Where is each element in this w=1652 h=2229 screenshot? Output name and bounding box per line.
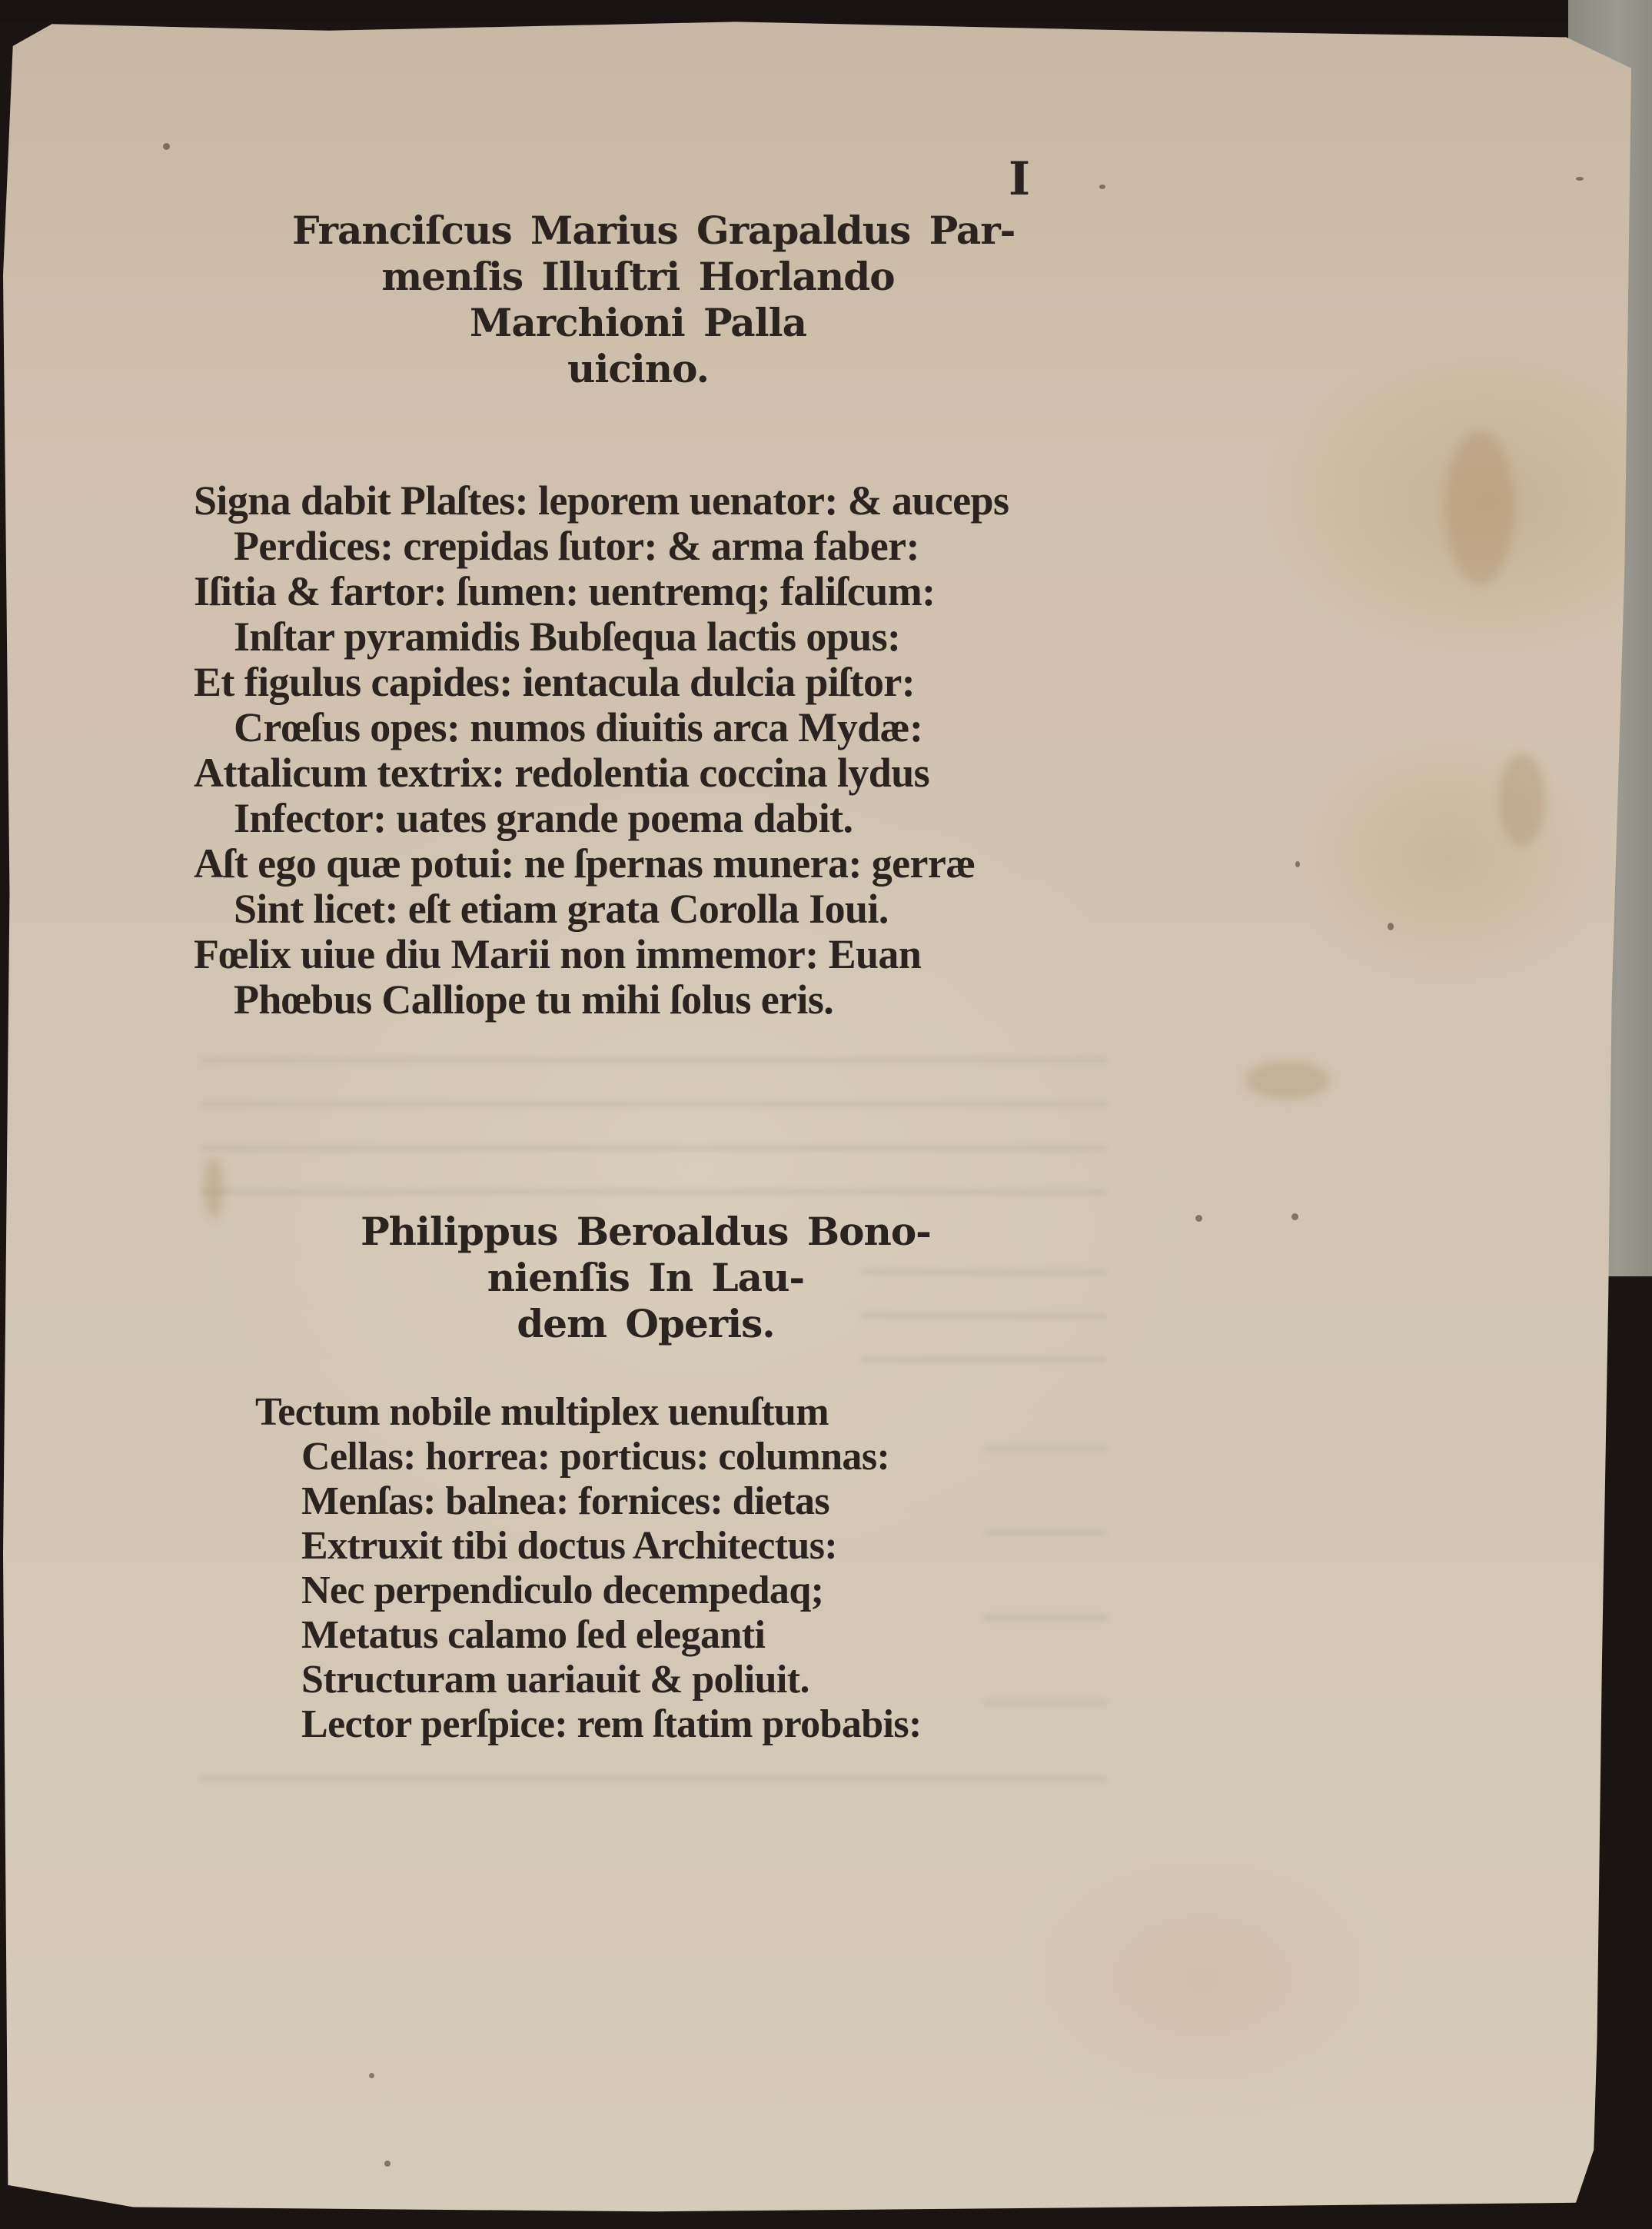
verse-line: Extruxit tibi doctus Architectus:	[255, 1524, 922, 1569]
page-number: I	[1009, 152, 1030, 206]
dedication-heading: Franciſcus Marius Grapaldus Par- menſis …	[292, 208, 984, 392]
show-through-line	[200, 1101, 1107, 1107]
verse-line: Et figulus capides: ientacula dulcia piſ…	[194, 660, 1009, 705]
show-through-line	[200, 1057, 1107, 1063]
verse-line: Tectum nobile multiplex uenuſtum	[255, 1390, 922, 1435]
show-through-line	[984, 1446, 1107, 1452]
paper-stain	[1445, 431, 1514, 584]
paper-speck	[1099, 185, 1105, 189]
paper-speck	[369, 2073, 374, 2078]
verse-line: Attalicum textrix: redolentia coccina ly…	[194, 750, 1009, 796]
verse-line: Menſas: balnea: fornices: dietas	[255, 1479, 922, 1524]
heading-line: Marchioni Palla	[292, 300, 984, 346]
background-top	[0, 0, 1652, 23]
verse-line: Structuram uariauit & poliuit.	[255, 1658, 922, 1702]
verse-line: Iſitia & fartor: ſumen: uentremq; faliſc…	[194, 569, 1009, 614]
paper-speck	[1195, 1215, 1202, 1222]
show-through-line	[200, 1776, 1107, 1782]
show-through-line	[200, 1145, 1107, 1151]
dedication-verses: Signa dabit Plaſtes: leporem uenator: & …	[194, 478, 1009, 1023]
verse-line: Nec perpendiculo decempedaq;	[255, 1569, 922, 1613]
paper-stain	[204, 1157, 224, 1219]
heading-line: menſis Illuſtri Horlando	[292, 254, 984, 300]
verse-line: Phœbus Calliope tu mihi ſolus eris.	[194, 977, 1009, 1023]
verse-line: Signa dabit Plaſtes: leporem uenator: & …	[194, 478, 1009, 524]
show-through-fragment	[1130, 975, 1250, 1020]
verse-line: Metatus calamo ſed eleganti	[255, 1613, 922, 1658]
paper-speck	[1295, 861, 1300, 867]
show-through-line	[984, 1530, 1107, 1536]
paper-speck	[1576, 177, 1584, 181]
paper-stain	[1499, 754, 1545, 846]
paper-speck	[384, 2161, 391, 2167]
paper-speck	[1291, 1213, 1298, 1220]
verse-line: Fœlix uiue diu Marii non immemor: Euan	[194, 932, 1009, 977]
paper-speck	[1388, 923, 1394, 930]
heading-line: Franciſcus Marius Grapaldus Par-	[292, 208, 984, 254]
heading-line: uicino.	[292, 346, 984, 392]
verse-line: Aſt ego quæ potui: ne ſpernas munera: ge…	[194, 841, 1009, 887]
show-through-line	[984, 1615, 1107, 1621]
laudatory-verses: Tectum nobile multiplex uenuſtum Cellas:…	[255, 1390, 922, 1747]
show-through-line	[861, 1356, 1107, 1362]
laudatory-heading: Philippus Beroaldus Bono- nienſis In Lau…	[331, 1209, 961, 1347]
verse-line: Lector perſpice: rem ſtatim probabis:	[255, 1702, 922, 1747]
verse-line: Crœſus opes: numos diuitis arca Mydæ:	[194, 705, 1009, 750]
verse-line: Cellas: horrea: porticus: columnas:	[255, 1435, 922, 1479]
verse-line: Sint licet: eſt etiam grata Corolla Ioui…	[194, 887, 1009, 932]
verse-line: Infector: uates grande poema dabit.	[194, 796, 1009, 841]
paper-speck	[163, 143, 170, 150]
show-through-line	[984, 1699, 1107, 1705]
show-through-line	[200, 1189, 1107, 1195]
heading-line: nienſis In Lau-	[331, 1255, 961, 1301]
heading-line: Philippus Beroaldus Bono-	[331, 1209, 961, 1255]
paper-stain	[1245, 1061, 1330, 1100]
heading-line: dem Operis.	[331, 1301, 961, 1347]
verse-line: Inſtar pyramidis Bubſequa lactis opus:	[194, 614, 1009, 660]
verse-line: Perdices: crepidas ſutor: & arma faber:	[194, 524, 1009, 569]
